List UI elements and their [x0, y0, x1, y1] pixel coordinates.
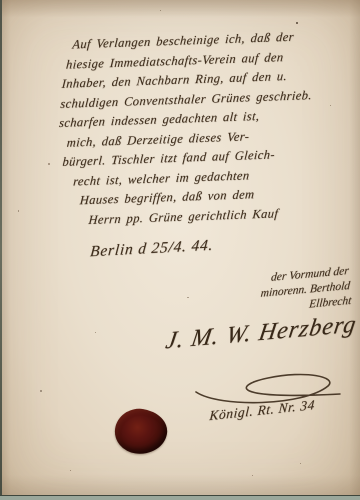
paper-speck [70, 470, 71, 471]
paper-speck [40, 390, 42, 392]
letter-photo: Auf Verlangen bescheinige ich, daß der h… [0, 0, 360, 500]
photo-edge-left [0, 0, 2, 500]
paper-speck [48, 163, 50, 165]
paper-speck [300, 463, 301, 464]
paper-speck [210, 120, 211, 121]
paper-speck [252, 475, 253, 476]
paper-speck [296, 22, 298, 24]
photo-edge-bottom [0, 495, 360, 500]
paper-speck [95, 332, 96, 333]
paper-speck [18, 210, 19, 212]
paper-speck [160, 10, 161, 11]
paper-speck [330, 105, 331, 106]
paper-speck [187, 297, 189, 298]
letter-body: Auf Verlangen bescheinige ich, daß der h… [56, 26, 355, 231]
